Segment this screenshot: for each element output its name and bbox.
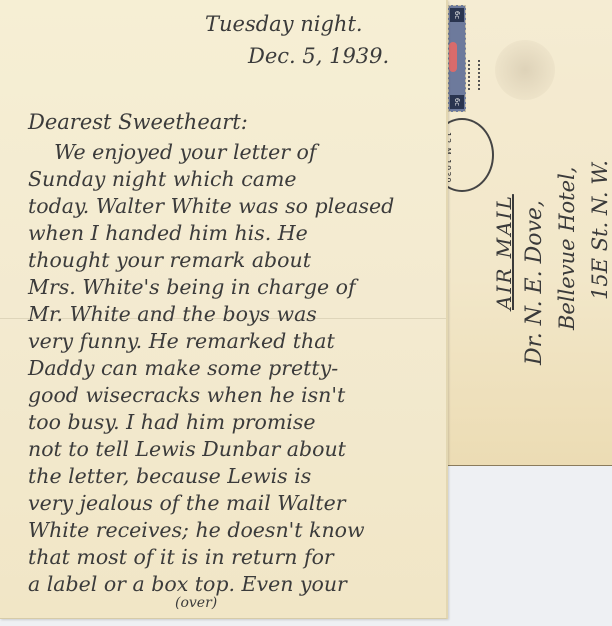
airmail-stamp: 6c 6c — [448, 5, 466, 112]
letter-line: the letter, because Lewis is — [28, 464, 311, 488]
envelope-smudge — [495, 40, 555, 100]
letter-heading-date: Dec. 5, 1939. — [248, 44, 389, 68]
letter-line: very jealous of the mail Walter — [28, 491, 346, 515]
letter-line: a label or a box top. Even your — [28, 572, 347, 596]
stamp-denomination-top: 6c — [450, 8, 464, 22]
letter-line: White receives; he doesn't know — [28, 518, 365, 542]
letter-line: too busy. I had him promise — [28, 410, 315, 434]
address-line-street: 15E St. N. W. — [588, 160, 612, 300]
cancellation-marks — [468, 60, 480, 90]
letter-line: thought your remark about — [28, 248, 311, 272]
letter-line: Mrs. White's being in charge of — [28, 275, 356, 299]
continuation-note: (over) — [175, 595, 217, 611]
stamp-red-accent — [449, 42, 457, 72]
address-line-name: Dr. N. E. Dove, — [522, 200, 547, 365]
letter-line: not to tell Lewis Dunbar about — [28, 437, 346, 461]
letter-line: Mr. White and the boys was — [28, 302, 317, 326]
letter-line: Sunday night which came — [28, 167, 297, 191]
stamp-denomination-bottom: 6c — [450, 95, 464, 109]
letter-line: today. Walter White was so pleased — [28, 194, 394, 218]
letter-heading-day: Tuesday night. — [205, 12, 363, 36]
letter-line: We enjoyed your letter of — [28, 140, 316, 164]
letter-line: when I handed him his. He — [28, 221, 308, 245]
letter-line: very funny. He remarked that — [28, 329, 335, 353]
letter-salutation: Dearest Sweetheart: — [28, 110, 248, 134]
letter-line: that most of it is in return for — [28, 545, 334, 569]
air-mail-marking: AIR MAIL — [492, 194, 516, 310]
letter-page: Tuesday night. Dec. 5, 1939. Dearest Swe… — [0, 0, 448, 619]
letter-line: Daddy can make some pretty- — [28, 356, 338, 380]
letter-line: good wisecracks when he isn't — [28, 383, 345, 407]
address-line-hotel: Bellevue Hotel, — [555, 167, 579, 330]
